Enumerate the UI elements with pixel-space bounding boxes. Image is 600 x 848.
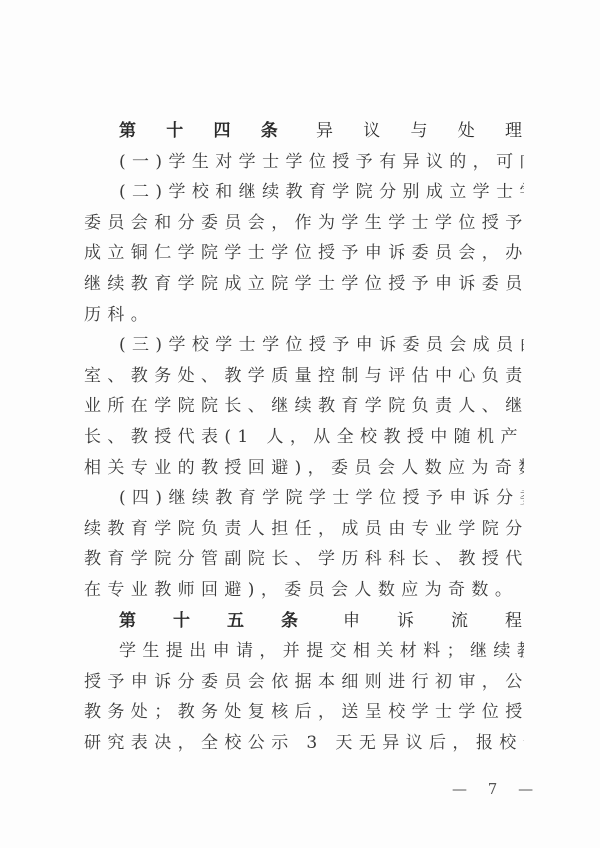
paragraph-line: 学生提出申请，并提交相关材料；继续教育学院学士学位 — [84, 636, 524, 667]
paragraph-line: 续教育学院负责人担任，成员由专业学院分管副院长、继续 — [84, 514, 524, 545]
document-body: 第十四条异议与处理 (一)学生对学士学位授予有异议的，可向学校提出复议。 (二)… — [84, 116, 524, 758]
paragraph-line: 业所在学院院长、继续教育学院负责人、继续教育学院副院 — [84, 391, 524, 422]
paragraph-line: 长、教授代表(1 人，从全校教授中随机产生、继续教育学院 — [84, 422, 524, 453]
paragraph-line: 室、教务处、教学质量控制与评估中心负责人、申诉学生专 — [84, 361, 524, 392]
article-14-item-1: (一)学生对学士学位授予有异议的，可向学校提出复议。 — [84, 147, 524, 178]
page-number: — 7 — — [452, 780, 541, 798]
article-15-paragraph: 学生提出申请，并提交相关材料；继续教育学院学士学位 授予申诉分委员会依据本细则进… — [84, 636, 524, 758]
paragraph-line: 在专业教师回避)，委员会人数应为奇数。 — [84, 575, 524, 606]
article-14-title: 异议与处理 — [316, 121, 524, 141]
article-14-item-3: (三)学校学士学位授予申诉委员会成员由校纪检监察 室、教务处、教学质量控制与评估… — [84, 330, 524, 483]
article-15-heading: 第十五条申诉流程 — [84, 606, 524, 637]
paragraph-line: 相关专业的教授回避)，委员会人数应为奇数。 — [84, 453, 524, 484]
paragraph-line: (二)学校和继续教育学院分别成立学士学位授予申诉 — [84, 177, 524, 208]
paragraph-line: 教务处；教务处复核后，送呈校学士学位授予申诉委员会集体 — [84, 697, 524, 728]
paragraph-line: (三)学校学士学位授予申诉委员会成员由校纪检监察 — [84, 330, 524, 361]
paragraph-line: 历科。 — [84, 300, 524, 331]
paragraph-line: (四)继续教育学院学士学位授予申诉分委员会主任由继 — [84, 483, 524, 514]
paragraph-line: 教育学院分管副院长、学历科科长、教授代表(1 人，学生所 — [84, 544, 524, 575]
paragraph-line: 研究表决，全校公示 3 天无异议后，报校长审批，学校行文。 — [84, 728, 524, 759]
paragraph-line: 成立铜仁学院学士学位授予申诉委员会，办公室设在教务处； — [84, 238, 524, 269]
paragraph-line: 授予申诉分委员会依据本细则进行初审，公示 3 天无异议后报 — [84, 667, 524, 698]
paragraph-line: 继续教育学院成立院学士学位授予申诉委员会，办公室设在学 — [84, 269, 524, 300]
article-15-title: 申诉流程 — [343, 611, 524, 631]
article-14-heading: 第十四条异议与处理 — [84, 116, 524, 147]
article-15-label: 第十五条 — [119, 611, 335, 631]
article-14-item-2: (二)学校和继续教育学院分别成立学士学位授予申诉 委员会和分委员会，作为学生学士… — [84, 177, 524, 330]
paragraph-line: 委员会和分委员会，作为学生学士学位授予复议的机构。学校 — [84, 208, 524, 239]
article-14-label: 第十四条 — [119, 121, 308, 141]
article-14-item-4: (四)继续教育学院学士学位授予申诉分委员会主任由继 续教育学院负责人担任，成员由… — [84, 483, 524, 605]
